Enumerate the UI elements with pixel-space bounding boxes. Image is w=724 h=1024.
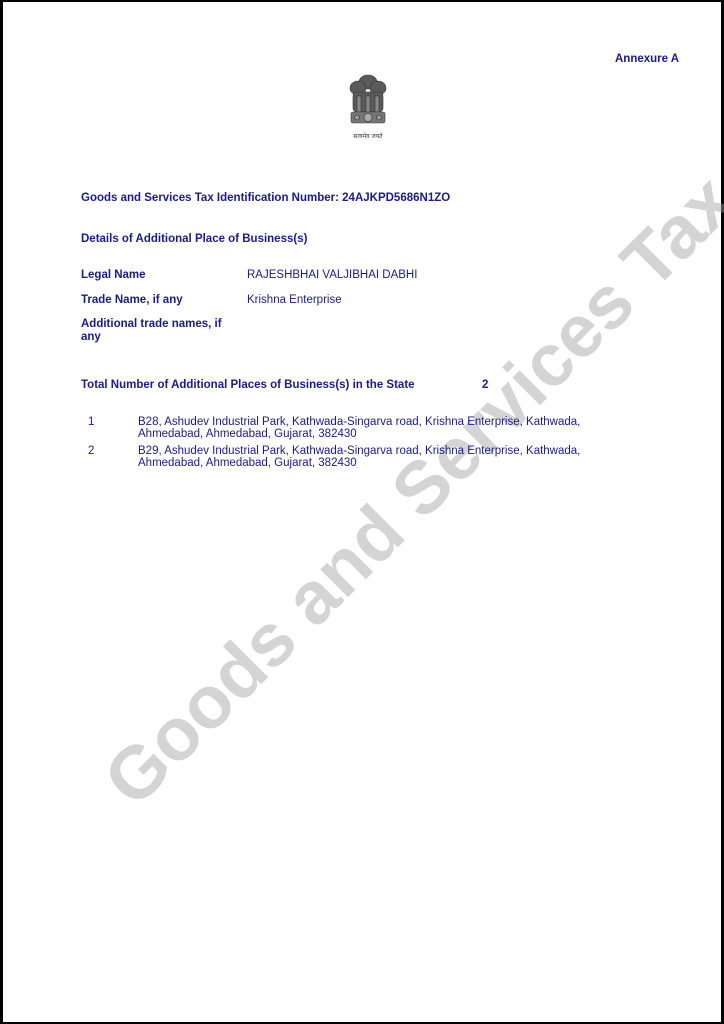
address-line-1: B28, Ashudev Industrial Park, Kathwada-S… (138, 416, 628, 428)
trade-name-label: Trade Name, if any (81, 294, 241, 307)
legal-name-value: RAJESHBHAI VALJIBHAI DABHI (247, 269, 417, 281)
address-line-2: Ahmedabad, Ahmedabad, Gujarat, 382430 (138, 457, 628, 469)
gstin-line: Goods and Services Tax Identification Nu… (81, 192, 450, 204)
address-number: 1 (88, 416, 94, 428)
gstin-value: 24AJKPD5686N1ZO (342, 192, 450, 204)
watermark: Goods and Services Tax (87, 158, 724, 822)
document-page: Goods and Services Tax Annexure A सत्यमे… (0, 0, 724, 1024)
address-line-1: B29, Ashudev Industrial Park, Kathwada-S… (138, 445, 628, 457)
legal-name-label: Legal Name (81, 269, 241, 282)
gstin-label: Goods and Services Tax Identification Nu… (81, 192, 339, 204)
trade-name-value: Krishna Enterprise (247, 294, 342, 306)
annexure-label: Annexure A (615, 53, 679, 65)
address-item: B29, Ashudev Industrial Park, Kathwada-S… (138, 445, 628, 469)
additional-trade-names-label: Additional trade names, if any (81, 318, 239, 344)
total-places-label: Total Number of Additional Places of Bus… (81, 379, 415, 391)
emblem-motto: सत्यमेव जयते (346, 132, 390, 140)
details-heading: Details of Additional Place of Business(… (81, 233, 307, 245)
address-item: B28, Ashudev Industrial Park, Kathwada-S… (138, 416, 628, 440)
address-number: 2 (88, 445, 94, 457)
address-line-2: Ahmedabad, Ahmedabad, Gujarat, 382430 (138, 428, 628, 440)
total-places-value: 2 (482, 379, 488, 391)
